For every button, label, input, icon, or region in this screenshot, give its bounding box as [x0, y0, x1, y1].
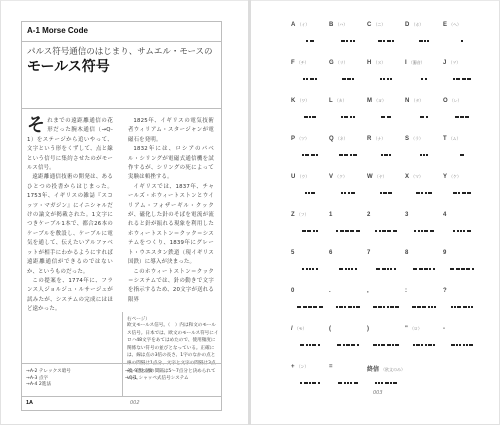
morse-label: 0 — [291, 288, 296, 294]
morse-entry: - — [443, 326, 481, 364]
kana-equivalent: （ヤ） — [375, 174, 387, 179]
dash-icon — [383, 192, 387, 194]
dot-icon — [313, 230, 315, 232]
morse-entry: C（ニ） — [367, 22, 405, 60]
morse-entry: W（ヤ） — [367, 174, 405, 212]
dot-icon — [344, 306, 346, 308]
dash-icon — [312, 344, 316, 346]
dot-icon — [383, 306, 385, 308]
morse-signal — [329, 38, 367, 42]
related-link[interactable]: →A-4 2進法 — [26, 382, 71, 389]
dot-icon — [350, 40, 352, 42]
dash-icon — [387, 40, 391, 42]
morse-signal — [367, 38, 405, 42]
book-spread: A-1 Morse Code パルス符号通信のはじまり、サムエル・モースの モー… — [0, 0, 500, 425]
dot-icon — [387, 78, 389, 80]
dash-icon — [373, 306, 377, 308]
dot-icon — [303, 78, 305, 80]
kana-equivalent: （イ） — [297, 22, 309, 27]
morse-label: 7 — [367, 250, 372, 256]
paragraph: 遠距離通信技術の開発は、あるひとつの投書からはじまった。1753年、イギリスの雑… — [27, 173, 113, 276]
dot-icon — [341, 192, 343, 194]
dash-icon — [467, 230, 471, 232]
morse-entry: 6 — [329, 250, 367, 288]
morse-signal — [367, 342, 405, 346]
morse-entry: 2 — [367, 212, 405, 250]
dash-icon — [430, 230, 434, 232]
dot-icon — [343, 344, 345, 346]
dash-icon — [467, 78, 471, 80]
kana-equivalent: （ニ） — [373, 22, 385, 27]
dash-icon — [428, 192, 432, 194]
morse-label: Q（ネ） — [329, 136, 348, 142]
paragraph: 1825年、イギリスの電気技術者ウィリアム・スタージャンが電磁石を発明。 — [128, 117, 214, 145]
dot-icon — [348, 268, 350, 270]
dash-icon — [424, 268, 428, 270]
morse-signal — [443, 266, 481, 270]
dot-icon — [309, 268, 311, 270]
morse-label: 終信（欧文のみ） — [367, 364, 405, 373]
dash-icon — [384, 154, 388, 156]
dot-icon — [471, 306, 473, 308]
related-links-left: →A-2 テレックス暗号 →A-3 点字 →A-4 2進法 — [26, 369, 71, 389]
kana-equivalent: （欧文のみ） — [381, 367, 405, 372]
dash-icon — [348, 306, 352, 308]
kana-equivalent: （ホ） — [411, 22, 423, 27]
dot-icon — [379, 230, 381, 232]
dash-icon — [393, 382, 397, 384]
dot-icon — [460, 230, 462, 232]
morse-entry: X（マ） — [405, 174, 443, 212]
dash-icon — [312, 382, 316, 384]
dot-icon — [426, 116, 428, 118]
morse-signal — [291, 342, 329, 346]
dash-icon — [395, 306, 399, 308]
morse-label: G（リ） — [329, 60, 348, 66]
morse-entry: 5 — [291, 250, 329, 288]
morse-signal — [443, 38, 481, 42]
kana-equivalent: （フ） — [297, 212, 309, 217]
dash-icon — [302, 230, 306, 232]
dash-icon — [340, 230, 344, 232]
morse-label: , — [367, 288, 371, 294]
dot-icon — [420, 154, 422, 156]
dot-icon — [316, 230, 318, 232]
dash-icon — [422, 306, 426, 308]
morse-signal — [291, 114, 329, 118]
dash-icon — [388, 192, 392, 194]
morse-signal — [443, 190, 481, 194]
morse-label: V（ク） — [329, 174, 347, 180]
morse-entry: M（ヨ） — [367, 98, 405, 136]
dot-icon — [350, 154, 352, 156]
dot-icon — [451, 306, 453, 308]
dash-icon — [303, 306, 307, 308]
morse-entry: J（ヲ） — [443, 60, 481, 98]
morse-signal — [405, 38, 443, 42]
morse-signal — [367, 304, 405, 308]
morse-label: 6 — [329, 250, 334, 256]
morse-entry: /（モ） — [291, 326, 329, 364]
dot-icon — [383, 78, 385, 80]
morse-entry: O（レ） — [443, 98, 481, 136]
dot-icon — [375, 230, 377, 232]
dash-icon — [344, 116, 348, 118]
dot-icon — [302, 154, 304, 156]
morse-label: X（マ） — [405, 174, 423, 180]
dash-icon — [345, 230, 349, 232]
article-frame: A-1 Morse Code パルス符号通信のはじまり、サムエル・モースの モー… — [21, 21, 222, 411]
kana-equivalent: （ナ） — [373, 136, 385, 141]
dash-icon — [297, 306, 301, 308]
dash-icon — [344, 154, 348, 156]
morse-signal — [443, 228, 481, 232]
morse-label: Y（ケ） — [443, 174, 461, 180]
morse-label: - — [443, 326, 447, 332]
dash-icon — [381, 116, 385, 118]
dot-icon — [392, 40, 394, 42]
dot-icon — [380, 78, 382, 80]
dot-icon — [305, 192, 307, 194]
morse-signal — [367, 152, 405, 156]
dot-icon — [353, 40, 355, 42]
morse-label: R（ナ） — [367, 136, 385, 142]
dot-icon — [433, 344, 435, 346]
morse-entry: P（ツ） — [291, 136, 329, 174]
dot-icon — [316, 154, 318, 156]
morse-entry: ( — [329, 326, 367, 364]
page-footer: 1A 002 — [22, 396, 221, 411]
paragraph: それまでの遠距離通信の花形だった腕木通信（→Q-1）をステージから追いやって、文… — [27, 117, 113, 173]
dash-icon — [382, 230, 386, 232]
morse-label: H（ヌ） — [367, 60, 385, 66]
kana-equivalent: （ヨ） — [374, 98, 386, 103]
dot-icon — [381, 154, 383, 156]
dot-icon — [424, 40, 426, 42]
dot-icon — [351, 268, 353, 270]
dash-icon — [416, 344, 420, 346]
morse-entry: = — [329, 364, 367, 402]
related-link[interactable]: →Q-9 黒の旗 — [125, 369, 189, 376]
dash-icon — [346, 344, 350, 346]
dot-icon — [381, 382, 383, 384]
morse-signal — [367, 190, 405, 194]
morse-label: 9 — [443, 250, 448, 256]
morse-signal — [367, 76, 405, 80]
morse-entry: K（ワ） — [291, 98, 329, 136]
morse-entry: 0 — [291, 288, 329, 326]
dash-icon — [307, 230, 311, 232]
dot-icon — [428, 306, 430, 308]
dot-icon — [453, 78, 455, 80]
morse-signal — [291, 190, 329, 194]
dot-icon — [378, 382, 380, 384]
dot-icon — [418, 230, 420, 232]
morse-signal — [329, 190, 367, 194]
morse-entry: F（チ） — [291, 60, 329, 98]
morse-entry: 終信（欧文のみ） — [367, 364, 405, 402]
dot-icon — [306, 78, 308, 80]
page-number: 002 — [130, 400, 140, 406]
morse-entry: S（ラ） — [405, 136, 443, 174]
dot-icon — [347, 382, 349, 384]
morse-signal — [367, 380, 405, 384]
dash-icon — [311, 154, 315, 156]
morse-entry: R（ナ） — [367, 136, 405, 174]
dot-icon — [302, 268, 304, 270]
dot-icon — [318, 344, 320, 346]
dash-icon — [460, 154, 464, 156]
kana-equivalent: （ク） — [335, 174, 347, 179]
morse-label: J（ヲ） — [443, 60, 460, 66]
dash-icon — [416, 192, 420, 194]
dash-icon — [378, 40, 382, 42]
dash-icon — [381, 344, 385, 346]
morse-entry: L（カ） — [329, 98, 367, 136]
morse-signal — [443, 342, 481, 346]
dot-icon — [341, 116, 343, 118]
morse-label: W（ヤ） — [367, 174, 387, 180]
dash-icon — [313, 306, 317, 308]
morse-entry: 3 — [405, 212, 443, 250]
dash-icon — [419, 40, 423, 42]
morse-label: ? — [443, 288, 449, 294]
morse-label: S（ラ） — [405, 136, 423, 142]
morse-entry: U（ウ） — [291, 174, 329, 212]
dot-icon — [309, 116, 311, 118]
dot-icon — [312, 268, 314, 270]
morse-signal — [291, 228, 329, 232]
kana-equivalent: （ム） — [449, 136, 461, 141]
dot-icon — [348, 192, 350, 194]
kana-equivalent: （ワ） — [297, 98, 309, 103]
morse-label: 1 — [329, 212, 334, 218]
morse-entry: B（ハ） — [329, 22, 367, 60]
dash-icon — [428, 344, 432, 346]
dot-icon — [458, 192, 460, 194]
morse-entry: "（ロ） — [405, 326, 443, 364]
kana-equivalent: （ラ） — [411, 136, 423, 141]
dot-icon — [421, 78, 423, 80]
dash-icon — [387, 230, 391, 232]
dash-icon — [456, 268, 460, 270]
morse-entry: . — [329, 288, 367, 326]
morse-signal — [329, 114, 367, 118]
dash-icon — [455, 116, 459, 118]
related-link[interactable]: →A-2 テレックス暗号 — [26, 369, 71, 376]
morse-label: Z（フ） — [291, 212, 309, 218]
morse-signal — [443, 152, 481, 156]
morse-entry: , — [367, 288, 405, 326]
morse-signal — [405, 76, 443, 80]
morse-signal — [405, 304, 443, 308]
dash-icon — [351, 192, 355, 194]
dot-icon — [352, 78, 354, 80]
kana-equivalent: （レ） — [450, 98, 462, 103]
dash-icon — [353, 154, 357, 156]
dot-icon — [413, 344, 415, 346]
morse-label: E（ヘ） — [443, 22, 461, 28]
dot-icon — [387, 268, 389, 270]
kana-equivalent: （ロ） — [410, 326, 422, 331]
morse-label: K（ワ） — [291, 98, 309, 104]
dot-icon — [426, 154, 428, 156]
morse-label: F（チ） — [291, 60, 309, 66]
dot-icon — [309, 382, 311, 384]
dot-icon — [344, 192, 346, 194]
morse-signal — [329, 342, 367, 346]
kana-equivalent: （カ） — [335, 98, 347, 103]
paragraph: この提案を、1774年に、フランス人ジョルジュ・ルサージュが試みたが、システムの… — [27, 277, 113, 315]
dot-icon — [454, 306, 456, 308]
dot-icon — [431, 306, 433, 308]
dash-icon — [304, 116, 308, 118]
morse-label: 4 — [443, 212, 448, 218]
dash-icon — [417, 306, 421, 308]
morse-entry: Z（フ） — [291, 212, 329, 250]
morse-entry: Y（ケ） — [443, 174, 481, 212]
dash-icon — [337, 344, 341, 346]
morse-signal — [367, 114, 405, 118]
dash-icon — [466, 268, 470, 270]
dash-icon — [463, 306, 467, 308]
dot-icon — [425, 192, 427, 194]
dot-icon — [414, 230, 416, 232]
dot-icon — [466, 344, 468, 346]
dash-icon — [382, 268, 386, 270]
morse-signal — [329, 152, 367, 156]
paragraph: このホウィートストン＝クック＝システムでは、針の動きで文字を指示するため、20文… — [128, 268, 214, 306]
morse-entry: ? — [443, 288, 481, 326]
dot-icon — [427, 40, 429, 42]
morse-signal — [443, 114, 481, 118]
dot-icon — [316, 268, 318, 270]
related-links: →A-2 テレックス暗号 →A-3 点字 →A-4 2進法 →Q-9 黒の旗 →… — [22, 363, 221, 397]
dot-icon — [306, 268, 308, 270]
dot-icon — [461, 40, 463, 42]
dash-icon — [461, 268, 465, 270]
morse-signal — [367, 266, 405, 270]
dash-icon — [453, 192, 457, 194]
body-column-b: 1825年、イギリスの電気技術者ウィリアム・スタージャンが電磁石を発明。 183… — [128, 117, 214, 305]
morse-signal — [367, 228, 405, 232]
morse-label: T（ム） — [443, 136, 461, 142]
dash-icon — [347, 78, 351, 80]
dash-icon — [419, 268, 423, 270]
dash-icon — [390, 306, 394, 308]
morse-entry: 9 — [443, 250, 481, 288]
dot-icon — [463, 230, 465, 232]
morse-signal — [291, 38, 329, 42]
dash-icon — [350, 230, 354, 232]
dot-icon — [378, 344, 380, 346]
morse-entry: 1 — [329, 212, 367, 250]
kana-equivalent: （ツ） — [297, 136, 309, 141]
dot-icon — [390, 268, 392, 270]
dash-icon — [462, 78, 466, 80]
kana-equivalent: （ウ） — [297, 174, 309, 179]
dot-icon — [425, 344, 427, 346]
dash-icon — [376, 268, 380, 270]
related-links-right: →Q-9 黒の旗 →Q-1 シャッペ式信号システム — [125, 369, 189, 382]
morse-label: I（濁音） — [405, 60, 425, 66]
kana-equivalent: （濁音） — [409, 60, 425, 65]
dot-icon — [429, 268, 431, 270]
morse-entry: 7 — [367, 250, 405, 288]
dot-icon — [456, 344, 458, 346]
morse-entry: N（タ） — [405, 98, 443, 136]
dot-icon — [353, 116, 355, 118]
morse-signal — [443, 76, 481, 80]
dot-icon — [357, 344, 359, 346]
left-page: A-1 Morse Code パルス符号通信のはじまり、サムエル・モースの モー… — [0, 0, 249, 425]
dash-icon — [420, 116, 424, 118]
morse-entry: I（濁音） — [405, 60, 443, 98]
dash-icon — [339, 154, 343, 156]
dot-icon — [345, 268, 347, 270]
dot-icon — [390, 382, 392, 384]
morse-signal — [405, 228, 443, 232]
morse-signal — [329, 304, 367, 308]
dot-icon — [457, 230, 459, 232]
morse-label: +（ン） — [291, 364, 309, 370]
dash-icon — [308, 306, 312, 308]
morse-entry: +（ン） — [291, 364, 329, 402]
dash-icon — [378, 306, 382, 308]
dash-icon — [387, 344, 391, 346]
dash-icon — [356, 306, 360, 308]
dot-icon — [383, 40, 385, 42]
morse-label: = — [329, 364, 335, 370]
morse-label: ) — [367, 326, 371, 332]
dot-icon — [387, 306, 389, 308]
morse-entry: Q（ネ） — [329, 136, 367, 174]
dot-icon — [375, 382, 377, 384]
page-number: 003 — [373, 390, 383, 396]
dot-icon — [344, 382, 346, 384]
section-code: A-1 Morse Code — [27, 26, 88, 35]
dot-icon — [353, 306, 355, 308]
kana-equivalent: （ヌ） — [373, 60, 385, 65]
morse-signal — [405, 190, 443, 194]
dash-icon — [393, 230, 397, 232]
morse-signal — [291, 152, 329, 156]
dot-icon — [425, 78, 427, 80]
related-link[interactable]: →Q-1 シャッペ式信号システム — [125, 376, 189, 383]
dash-icon — [342, 78, 346, 80]
paragraph: イギリスでは、1837年、チャールズ・ホウィートストンとウイリアム・フォザーギル… — [128, 183, 214, 268]
dash-icon — [373, 344, 377, 346]
morse-label: D（ホ） — [405, 22, 423, 28]
dash-icon — [304, 382, 308, 384]
dash-icon — [305, 154, 309, 156]
morse-label: U（ウ） — [291, 174, 309, 180]
dot-icon — [394, 268, 396, 270]
dash-icon — [450, 268, 454, 270]
dot-icon — [380, 192, 382, 194]
dash-icon — [385, 382, 389, 384]
dot-icon — [300, 382, 302, 384]
dot-icon — [434, 306, 436, 308]
morse-entry: 4 — [443, 212, 481, 250]
dot-icon — [423, 154, 425, 156]
dot-icon — [315, 78, 317, 80]
morse-signal — [291, 76, 329, 80]
morse-signal — [329, 380, 367, 384]
morse-signal — [443, 304, 481, 308]
morse-label: 2 — [367, 212, 372, 218]
dash-icon — [451, 344, 455, 346]
